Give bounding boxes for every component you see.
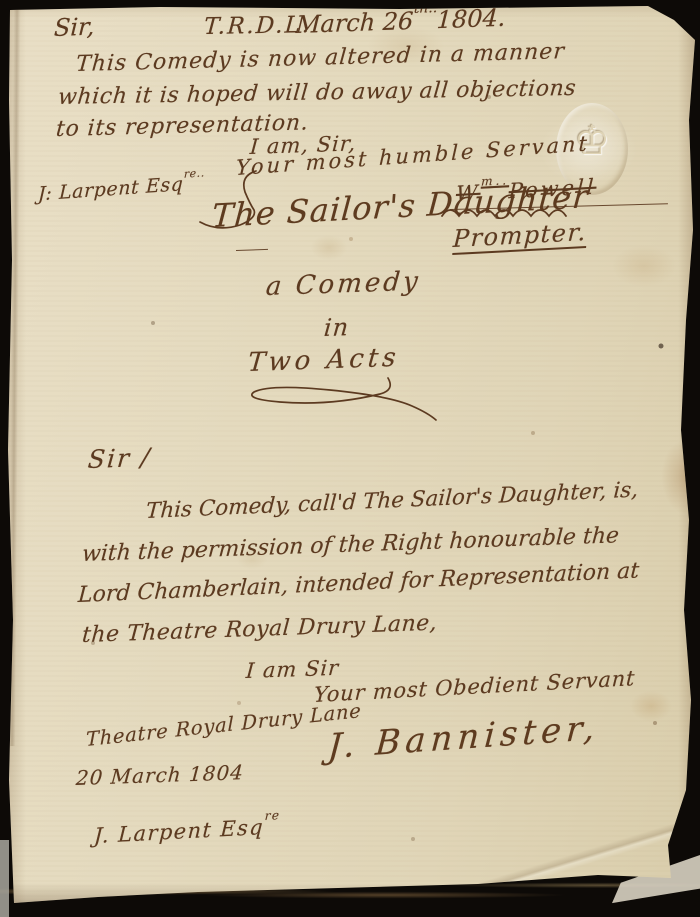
foxing-specks (0, 0, 2, 2)
letter-line-2: with the permission of the Right honoura… (81, 525, 620, 566)
author-signature: J. Bannister, (327, 711, 601, 764)
note-addressee: J: Larpent Esqre.. (38, 172, 205, 204)
letter-line-3: Lord Chamberlain, intended for Represent… (77, 560, 639, 607)
letter-valediction-1: I am Sir (245, 658, 340, 682)
manuscript-scan: ♔ Sir, T.R.D.L. March 26th..1804. This C… (0, 0, 700, 917)
title-dash (236, 249, 268, 251)
prompter-title: Prompter. (452, 220, 587, 255)
letter-valediction-2: Your most Obedient Servant (313, 668, 635, 706)
header-date: March 26th..1804. (295, 6, 506, 37)
title-genre: a Comedy (265, 269, 422, 300)
letter-line-4: the Theatre Royal Drury Lane, (81, 613, 438, 647)
letter-addressee-name: J. Larpent Esq (93, 815, 264, 848)
header-date-main: March 26 (295, 7, 414, 39)
header-date-year: 1804. (436, 4, 506, 34)
binding-crease (8, 6, 20, 746)
letter-line-1: This Comedy, call'd The Sailor's Daughte… (145, 479, 638, 522)
note-line-1: This Comedy is now altered in a manner (75, 41, 566, 76)
acts-underline-flourish (240, 376, 445, 424)
letter-addressee-suffix: re (264, 808, 281, 823)
note-line-2: which it is hoped will do away all objec… (57, 78, 577, 109)
manuscript-page: ♔ Sir, T.R.D.L. March 26th..1804. This C… (0, 0, 700, 917)
letter-date: 20 March 1804 (75, 762, 244, 788)
header-date-ordinal: th.. (414, 0, 438, 17)
title-acts: Two Acts (247, 345, 401, 376)
letter-place: Theatre Royal Drury Lane (86, 701, 362, 750)
letter-salutation: Sir / (87, 445, 153, 472)
title-conjunction: in (323, 315, 350, 340)
letter-addressee: J. Larpent Esqre (93, 815, 280, 847)
page-stack-edge-left (0, 840, 9, 917)
note-addressee-name: J: Larpent Esq (38, 173, 184, 205)
header-salutation: Sir, (53, 15, 95, 40)
